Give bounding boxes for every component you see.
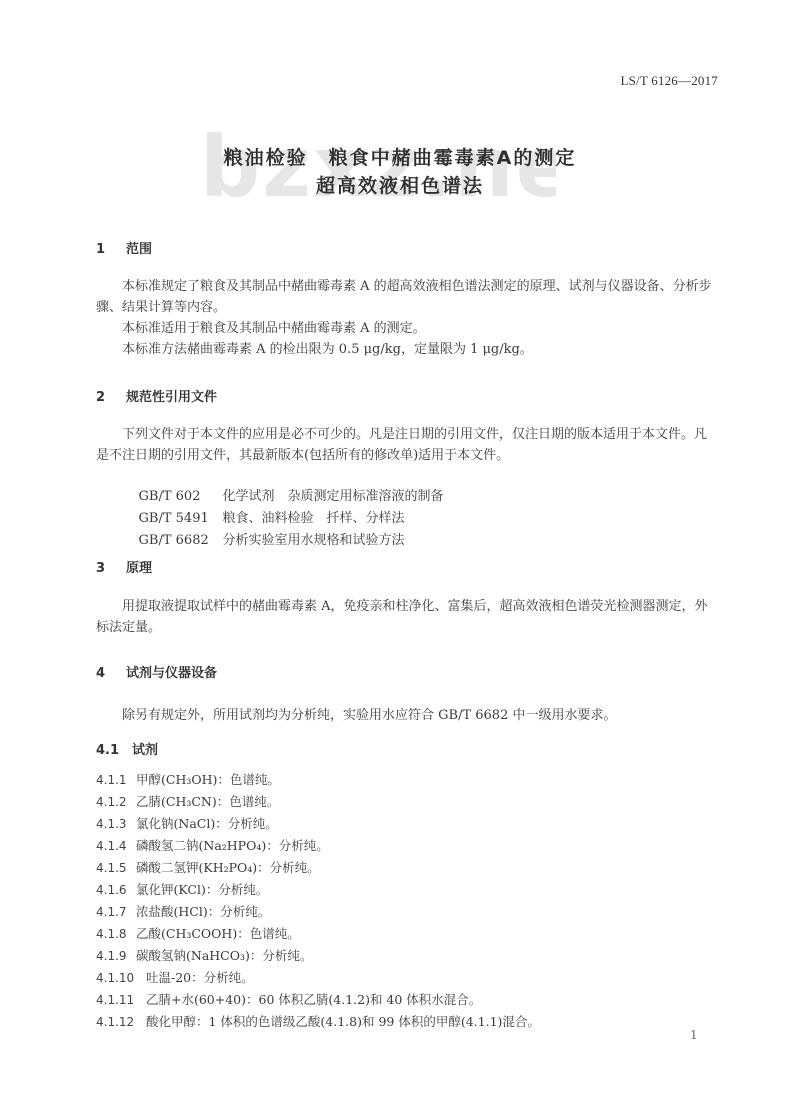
reagent-item: 4.1.10吐温-20：分析纯。 <box>96 968 254 986</box>
item-number: 4.1.4 <box>96 839 136 853</box>
reagent-item: 4.1.12酸化甲醇：1 体积的色谱级乙酸(4.1.8)和 99 体积的甲醇(4… <box>96 1012 540 1030</box>
section-number: 2 <box>96 390 126 405</box>
section-heading-scope: 1范围 <box>96 238 152 257</box>
page-number: 1 <box>690 1028 698 1042</box>
paragraph: 用提取液提取试样中的赭曲霉毒素 A，免疫亲和柱净化、富集后，超高效液相色谱荧光检… <box>96 596 718 638</box>
item-text: 氯化钠(NaCl)：分析纯。 <box>136 816 278 831</box>
item-text: 磷酸氢二钠(Na₂HPO₄)：分析纯。 <box>136 838 329 853</box>
paragraph: 下列文件对于本文件的应用是必不可少的。凡是注日期的引用文件，仅注日期的版本适用于… <box>96 424 718 466</box>
section-heading-reagents-apparatus: 4试剂与仪器设备 <box>96 662 217 681</box>
reagent-item: 4.1.2乙腈(CH₃CN)：色谱纯。 <box>96 792 279 810</box>
paragraph: 除另有规定外，所用试剂均为分析纯，实验用水应符合 GB/T 6682 中一级用水… <box>96 705 718 726</box>
reagent-item: 4.1.7浓盐酸(HCl)：分析纯。 <box>96 902 270 920</box>
document-subtitle: 超高效液相色谱法 <box>0 171 800 198</box>
section-title: 试剂与仪器设备 <box>126 666 217 681</box>
reference-code: GB/T 6682 <box>139 533 215 548</box>
reagent-item: 4.1.5磷酸二氢钾(KH₂PO₄)：分析纯。 <box>96 858 320 876</box>
subsection-heading-reagents: 4.1试剂 <box>96 739 158 758</box>
document-title: 粮油检验 粮食中赭曲霉毒素A的测定 <box>0 143 800 170</box>
subsection-title: 试剂 <box>132 743 158 758</box>
item-text: 吐温-20：分析纯。 <box>146 970 254 985</box>
item-text: 浓盐酸(HCl)：分析纯。 <box>136 904 270 919</box>
item-number: 4.1.12 <box>96 1015 146 1029</box>
reagent-item: 4.1.1甲醇(CH₃OH)：色谱纯。 <box>96 770 280 788</box>
item-number: 4.1.3 <box>96 817 136 831</box>
item-text: 乙腈+水(60+40)：60 体积乙腈(4.1.2)和 40 体积水混合。 <box>146 992 481 1007</box>
item-text: 酸化甲醇：1 体积的色谱级乙酸(4.1.8)和 99 体积的甲醇(4.1.1)混… <box>146 1014 540 1029</box>
item-number: 4.1.8 <box>96 927 136 941</box>
item-number: 4.1.6 <box>96 883 136 897</box>
section-title: 范围 <box>126 242 152 257</box>
item-text: 乙酸(CH₃COOH)：色谱纯。 <box>136 926 300 941</box>
item-text: 甲醇(CH₃OH)：色谱纯。 <box>136 772 280 787</box>
reagent-item: 4.1.11乙腈+水(60+40)：60 体积乙腈(4.1.2)和 40 体积水… <box>96 990 481 1008</box>
reagent-item: 4.1.6氯化钾(KCl)：分析纯。 <box>96 880 268 898</box>
section-heading-principle: 3原理 <box>96 557 152 576</box>
section-title: 规范性引用文件 <box>126 390 217 405</box>
reference-title: 分析实验室用水规格和试验方法 <box>223 533 405 548</box>
reagent-item: 4.1.3氯化钠(NaCl)：分析纯。 <box>96 814 278 832</box>
standard-code: LS/T 6126—2017 <box>620 73 718 89</box>
section-heading-normative-references: 2规范性引用文件 <box>96 386 217 405</box>
item-number: 4.1.7 <box>96 905 136 919</box>
paragraph: 本标准方法赭曲霉毒素 A 的检出限为 0.5 μg/kg，定量限为 1 μg/k… <box>122 339 718 360</box>
document-page: LS/T 6126—2017 bzxz.net 粮油检验 粮食中赭曲霉毒素A的测… <box>0 0 800 1097</box>
item-number: 4.1.5 <box>96 861 136 875</box>
item-number: 4.1.2 <box>96 795 136 809</box>
section-number: 4 <box>96 666 126 681</box>
item-number: 4.1.10 <box>96 971 146 985</box>
paragraph: 本标准规定了粮食及其制品中赭曲霉毒素 A 的超高效液相色谱法测定的原理、试剂与仪… <box>96 276 718 318</box>
item-number: 4.1.1 <box>96 773 136 787</box>
section-number: 3 <box>96 561 126 576</box>
subsection-number: 4.1 <box>96 743 132 758</box>
reagent-item: 4.1.9碳酸氢钠(NaHCO₃)：分析纯。 <box>96 946 312 964</box>
item-number: 4.1.11 <box>96 993 146 1007</box>
section-title: 原理 <box>126 561 152 576</box>
reagent-item: 4.1.4磷酸氢二钠(Na₂HPO₄)：分析纯。 <box>96 836 329 854</box>
item-text: 碳酸氢钠(NaHCO₃)：分析纯。 <box>136 948 312 963</box>
paragraph: 本标准适用于粮食及其制品中赭曲霉毒素 A 的测定。 <box>122 318 718 339</box>
item-text: 磷酸二氢钾(KH₂PO₄)：分析纯。 <box>136 860 320 875</box>
item-number: 4.1.9 <box>96 949 136 963</box>
section-number: 1 <box>96 242 126 257</box>
item-text: 乙腈(CH₃CN)：色谱纯。 <box>136 794 279 809</box>
reference-item: GB/T 6682分析实验室用水规格和试验方法 <box>122 514 405 563</box>
item-text: 氯化钾(KCl)：分析纯。 <box>136 882 268 897</box>
reagent-item: 4.1.8乙酸(CH₃COOH)：色谱纯。 <box>96 924 300 942</box>
